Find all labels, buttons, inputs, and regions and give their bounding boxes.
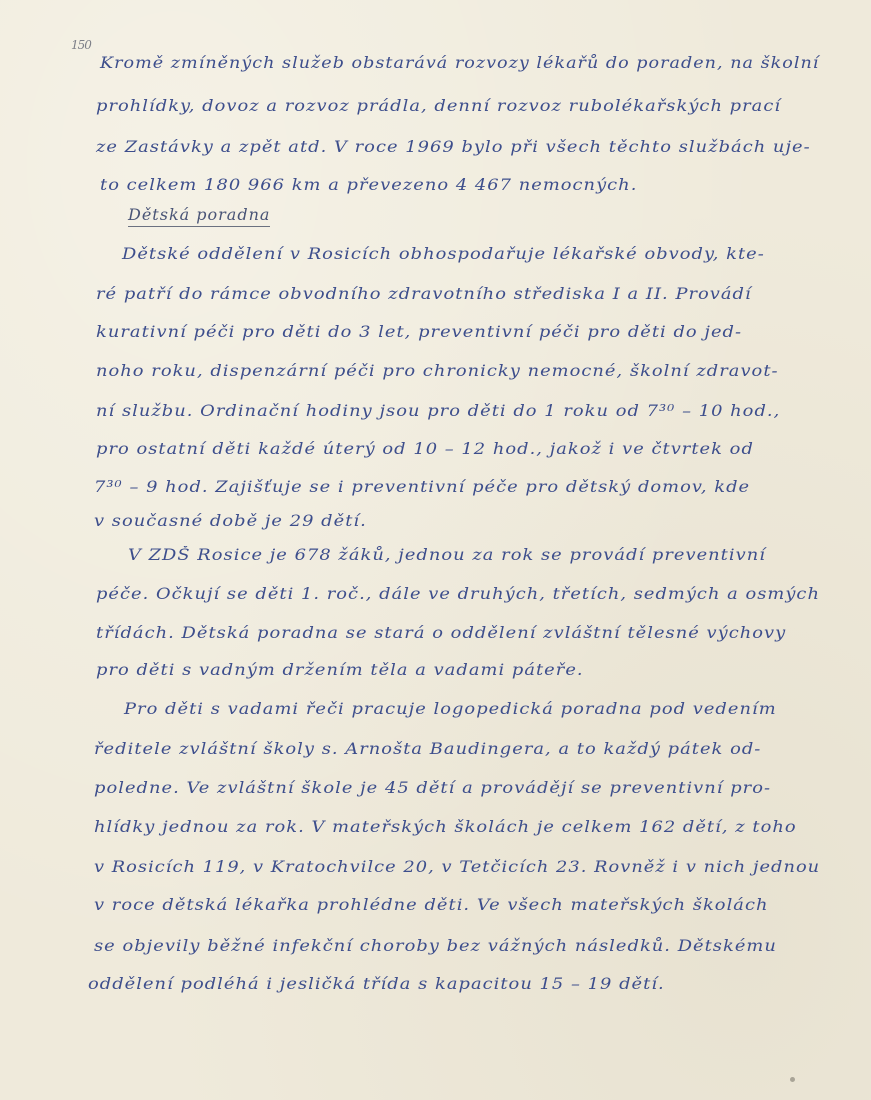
text-line: ré patří do rámce obvodního zdravotního … xyxy=(96,285,752,303)
text-line: hlídky jednou za rok. V mateřských školá… xyxy=(94,818,797,836)
text-line: ní službu. Ordinační hodiny jsou pro dět… xyxy=(96,402,780,420)
text-line: ředitele zvláštní školy s. Arnošta Baudi… xyxy=(94,740,761,758)
text-line: to celkem 180 966 km a převezeno 4 467 n… xyxy=(100,176,637,194)
text-line: v současné době je 29 dětí. xyxy=(94,512,367,530)
handwritten-page: 150 Kromě zmíněných služeb obstarává roz… xyxy=(0,0,871,1100)
text-line: Pro děti s vadami řeči pracuje logopedic… xyxy=(124,700,777,718)
section-heading: Dětská poradna xyxy=(128,205,270,227)
text-line: ze Zastávky a zpět atd. V roce 1969 bylo… xyxy=(96,138,811,156)
text-line: oddělení podléhá i jesličká třída s kapa… xyxy=(88,975,665,993)
text-line: pro ostatní děti každé úterý od 10 – 12 … xyxy=(96,440,754,458)
text-line: noho roku, dispenzární péči pro chronick… xyxy=(96,362,779,380)
text-line: prohlídky, dovoz a rozvoz prádla, denní … xyxy=(96,97,781,115)
text-line: V ZDŠ Rosice je 678 žáků, jednou za rok … xyxy=(128,546,766,564)
text-line: pro děti s vadným držením těla a vadami … xyxy=(96,661,584,679)
text-line: Dětské oddělení v Rosicích obhospodařuje… xyxy=(122,245,765,263)
text-line: 7³⁰ – 9 hod. Zajišťuje se i preventivní … xyxy=(94,478,750,496)
text-line: Kromě zmíněných služeb obstarává rozvozy… xyxy=(100,54,819,72)
text-line: péče. Očkují se děti 1. roč., dále ve dr… xyxy=(96,585,820,603)
text-line: v Rosicích 119, v Kratochvilce 20, v Tet… xyxy=(94,858,820,876)
text-line: se objevily běžné infekční choroby bez v… xyxy=(94,937,777,955)
text-line: kurativní péči pro děti do 3 let, preven… xyxy=(96,323,742,341)
paper-smudge xyxy=(790,1077,795,1082)
page-number: 150 xyxy=(71,38,91,52)
text-line: v roce dětská lékařka prohlédne děti. Ve… xyxy=(94,896,769,914)
text-line: třídách. Dětská poradna se stará o odděl… xyxy=(96,624,786,642)
text-line: poledne. Ve zvláštní škole je 45 dětí a … xyxy=(94,779,771,797)
